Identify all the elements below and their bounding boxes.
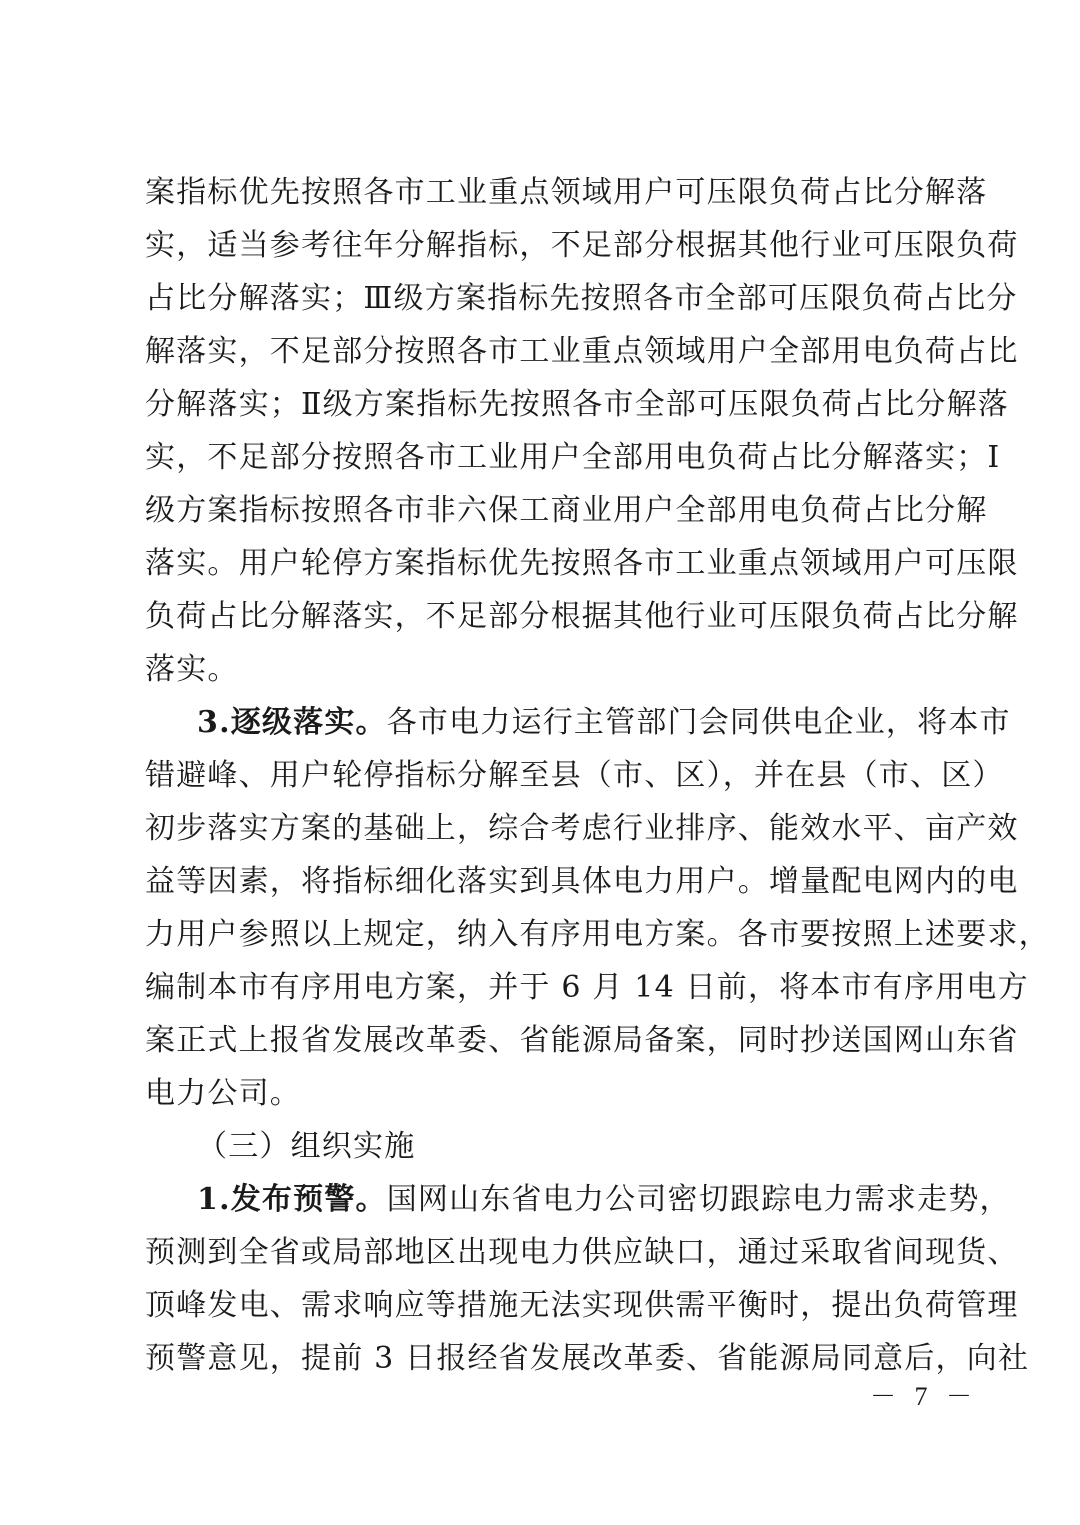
text-line: 解落实，不足部分按照各市工业重点领域用户全部用电负荷占比 (145, 325, 945, 378)
text-line: 编制本市有序用电方案，并于 6 月 14 日前，将本市有序用电方 (145, 961, 945, 1014)
text-line: 级方案指标按照各市非六保工商业用户全部用电负荷占比分解 (145, 484, 945, 537)
text-line: 顶峰发电、需求响应等措施无法实现供需平衡时，提出负荷管理 (145, 1279, 945, 1332)
text-line: 实，不足部分按照各市工业用户全部用电负荷占比分解落实；Ⅰ (145, 431, 945, 484)
text-line: 力用户参照以上规定，纳入有序用电方案。各市要按照上述要求， (145, 908, 945, 961)
text-line: 负荷占比分解落实，不足部分根据其他行业可压限负荷占比分解 (145, 590, 945, 643)
text-line: 占比分解落实；Ⅲ级方案指标先按照各市全部可压限负荷占比分 (145, 272, 945, 325)
text-line: 案正式上报省发展改革委、省能源局备案，同时抄送国网山东省 (145, 1014, 945, 1067)
text-line: 案指标优先按照各市工业重点领域用户可压限负荷占比分解落 (145, 166, 945, 219)
section-3-text: 各市电力运行主管部门会同供电企业，将本市 (387, 705, 1011, 740)
subsection-heading: （三）组织实施 (145, 1120, 945, 1173)
page-number: － 7 － (870, 1376, 978, 1413)
text-line: 预警意见，提前 3 日报经省发展改革委、省能源局同意后，向社 (145, 1332, 945, 1385)
text-line: 实，适当参考往年分解指标，不足部分根据其他行业可压限负荷 (145, 219, 945, 272)
document-page: 案指标优先按照各市工业重点领域用户可压限负荷占比分解落 实，适当参考往年分解指标… (145, 166, 945, 1385)
text-line: 落实。用户轮停方案指标优先按照各市工业重点领域用户可压限 (145, 537, 945, 590)
text-line: 益等因素，将指标细化落实到具体电力用户。增量配电网内的电 (145, 855, 945, 908)
item-1-first-line: 1.发布预警。国网山东省电力公司密切跟踪电力需求走势， (145, 1173, 945, 1226)
section-3-heading: 3.逐级落实。 (197, 705, 387, 740)
text-line: 分解落实；Ⅱ级方案指标先按照各市全部可压限负荷占比分解落 (145, 378, 945, 431)
text-line: 错避峰、用户轮停指标分解至县（市、区），并在县（市、区） (145, 749, 945, 802)
item-1-text: 国网山东省电力公司密切跟踪电力需求走势， (387, 1182, 1011, 1217)
section-3-first-line: 3.逐级落实。各市电力运行主管部门会同供电企业，将本市 (145, 696, 945, 749)
text-line: 电力公司。 (145, 1067, 945, 1120)
text-line: 预测到全省或局部地区出现电力供应缺口，通过采取省间现货、 (145, 1226, 945, 1279)
text-line: 初步落实方案的基础上，综合考虑行业排序、能效水平、亩产效 (145, 802, 945, 855)
item-1-heading: 1.发布预警。 (197, 1182, 387, 1217)
text-line: 落实。 (145, 643, 945, 696)
